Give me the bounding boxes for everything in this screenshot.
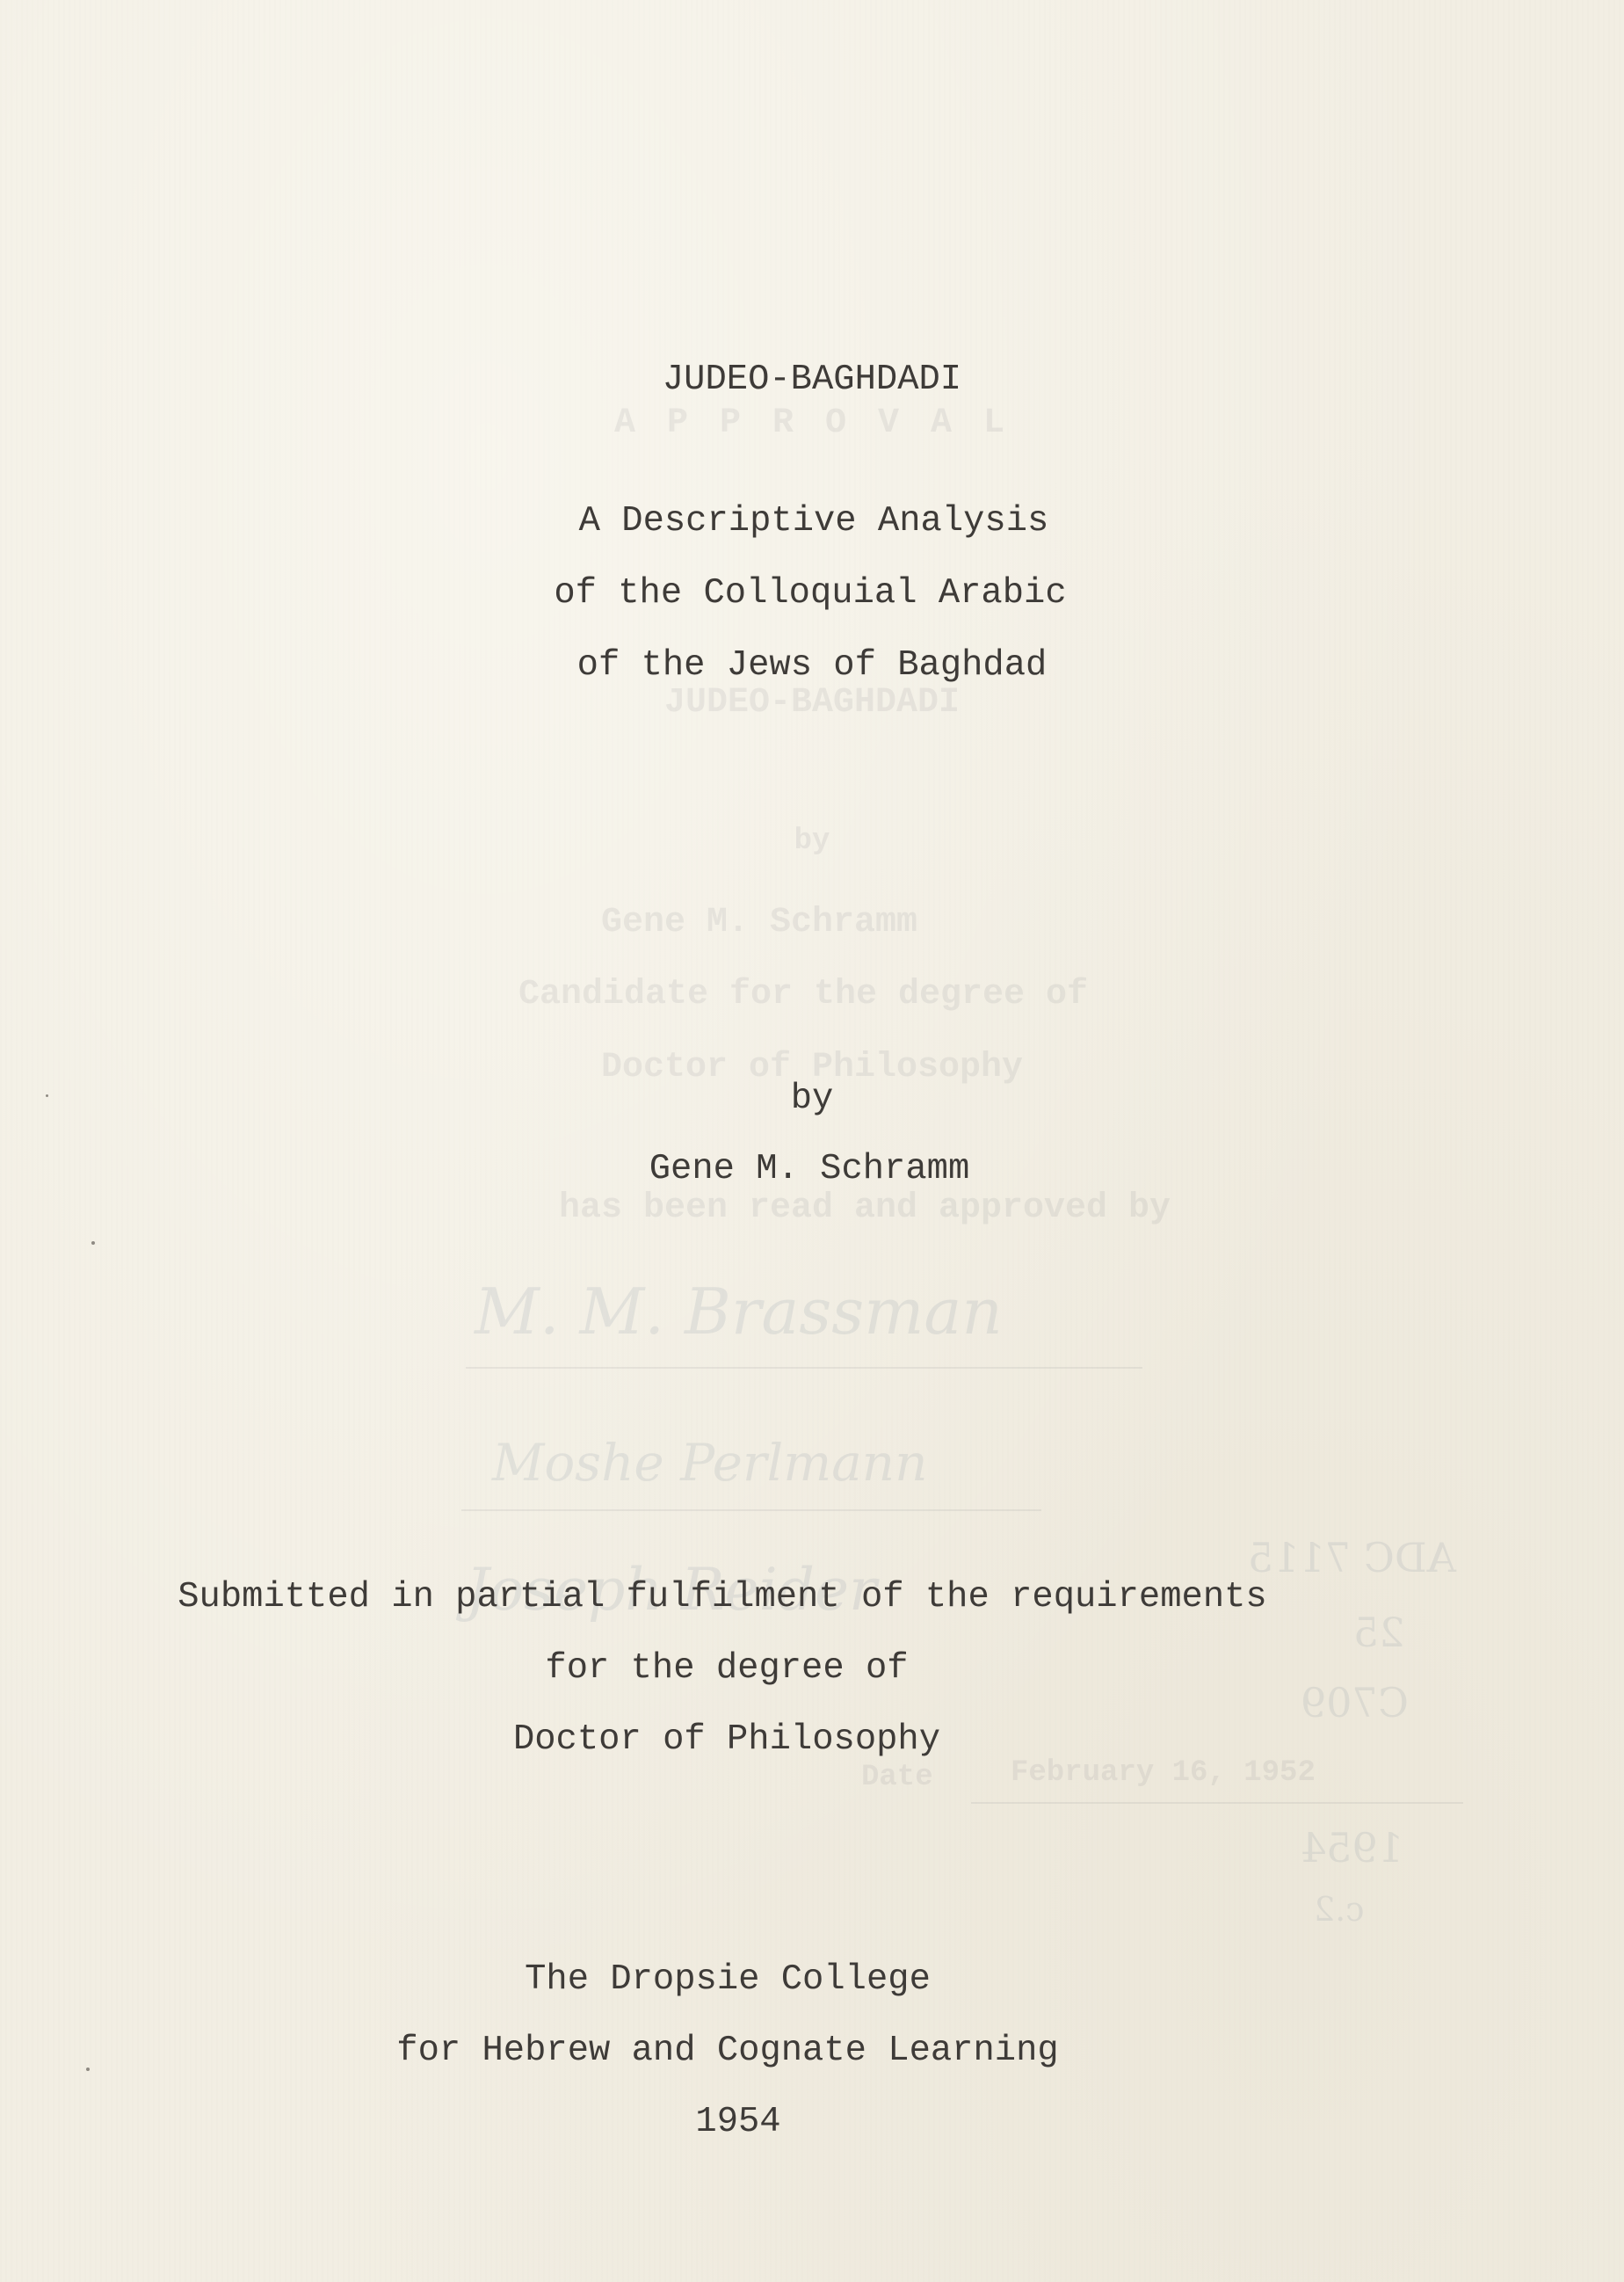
subtitle-line-3: of the Jews of Baghdad [0,648,1624,684]
show-through-call-number-4: 1954 [1301,1824,1403,1871]
show-through-signature-1: M. M. Brassman [475,1275,1003,1348]
degree-name: Doctor of Philosophy [0,1722,1539,1758]
thesis-title: JUDEO-BAGHDADI [0,362,1624,398]
paper-speck [91,1241,95,1245]
show-through-approved-line: has been read and approved by [53,1191,1624,1226]
by-label: by [0,1081,1624,1117]
signature-rule-1 [466,1367,1142,1369]
title-page: A P P R O V A L JUDEO-BAGHDADI by Gene M… [0,0,1624,2282]
subtitle-line-1: A Descriptive Analysis [2,504,1624,540]
show-through-date-label: Date [861,1762,933,1792]
show-through-call-number-1: ADC 7115 [1248,1534,1456,1581]
submission-line-2: for the degree of [0,1651,1539,1687]
paper-speck [86,2068,90,2071]
submission-line-1: Submitted in partial fulfilment of the r… [0,1580,1534,1616]
show-through-title: JUDEO-BAGHDADI [0,686,1624,721]
show-through-approval-heading: A P P R O V A L [0,406,1624,441]
institution-line-2: for Hebrew and Cognate Learning [0,2033,1540,2069]
author-name: Gene M. Schramm [0,1152,1621,1188]
show-through-call-number-2: 25 [1353,1609,1405,1656]
subtitle-line-2: of the Colloquial Arabic [0,576,1622,612]
show-through-by: by [0,826,1624,856]
institution-line-1: The Dropsie College [0,1962,1540,1998]
paper-speck [46,1094,48,1097]
show-through-candidate-line: Candidate for the degree of [0,977,1615,1013]
show-through-author: Gene M. Schramm [0,905,1571,941]
date-rule [971,1802,1463,1804]
year: 1954 [0,2104,1550,2140]
show-through-signature-2: Moshe Perlmann [492,1433,928,1493]
signature-rule-2 [461,1509,1041,1511]
show-through-date-value: February 16, 1952 [1011,1758,1316,1788]
show-through-call-number-5: c.2 [1314,1890,1365,1929]
